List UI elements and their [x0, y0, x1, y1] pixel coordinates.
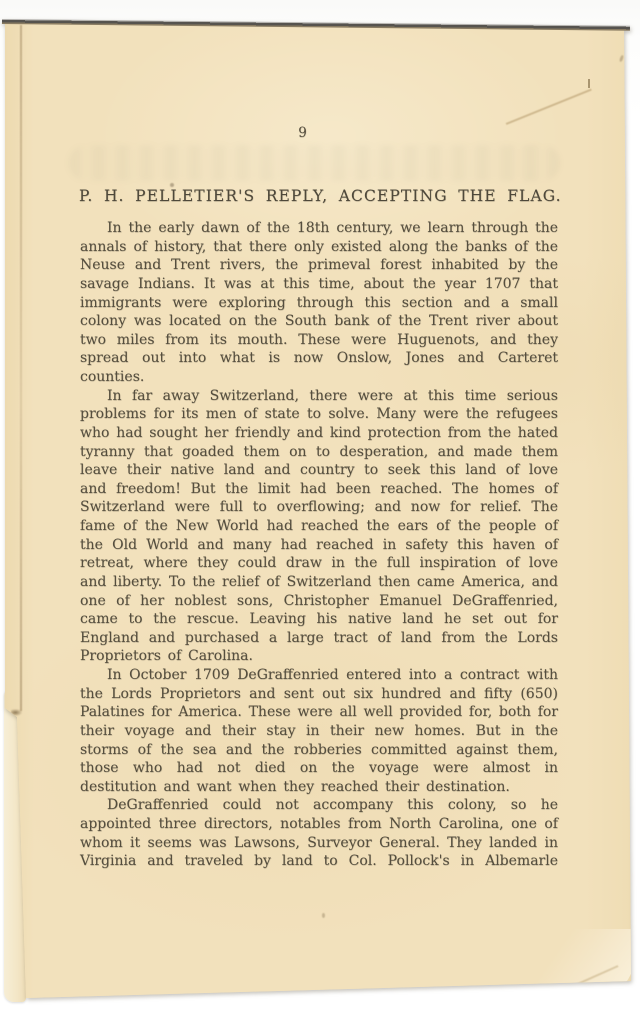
binding-fold-line: [20, 25, 22, 711]
scanned-page-wrapper: 9 P. H. PELLETIER'S REPLY, ACCEPTING THE…: [0, 17, 636, 1006]
paper-speck: [619, 55, 624, 63]
left-edge-notch: [11, 709, 22, 716]
paper-speck: [322, 913, 325, 918]
document-body: In the early dawn of the 18th century, w…: [80, 219, 558, 871]
corner-crease-tick: [588, 79, 590, 88]
corner-crease-line: [506, 89, 592, 125]
document-title: P. H. PELLETIER'S REPLY, ACCEPTING THE F…: [79, 187, 569, 205]
paragraph-2: In far away Switzerland, there were at t…: [80, 387, 558, 666]
page-number: 9: [64, 125, 542, 141]
book-page: 9 P. H. PELLETIER'S REPLY, ACCEPTING THE…: [0, 17, 636, 1006]
bottom-right-corner-curl: [504, 929, 634, 1001]
paragraph-4: DeGraffenried could not accompany this c…: [80, 796, 558, 871]
ink-bleed-through-band: [68, 145, 560, 181]
paragraph-3: In October 1709 DeGraffenried entered in…: [80, 666, 558, 796]
paragraph-1: In the early dawn of the 18th century, w…: [80, 219, 558, 387]
